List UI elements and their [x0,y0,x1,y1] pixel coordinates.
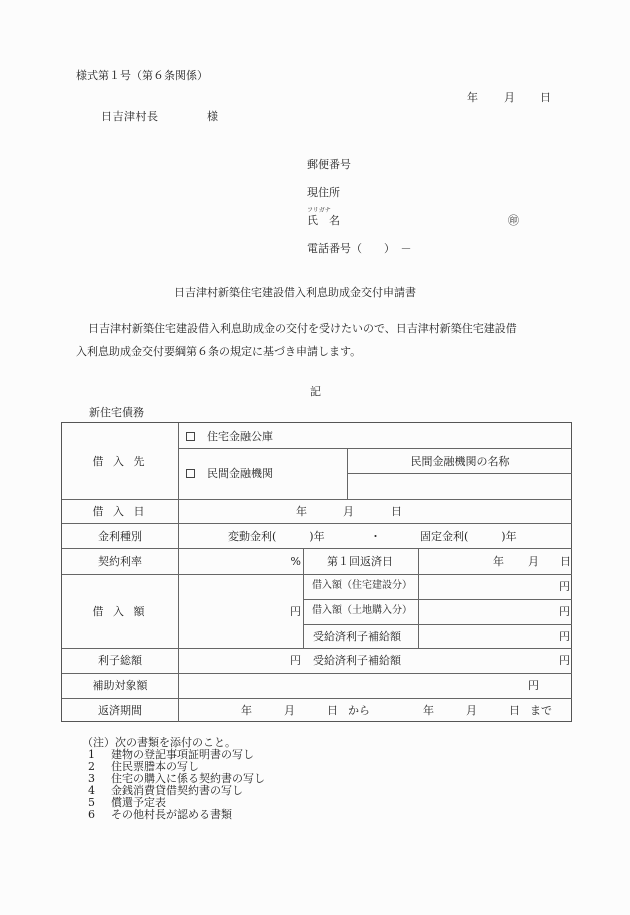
body-line-1: 日吉津村新築住宅建設借入利息助成金の交付を受けたいので、日吉津村新築住宅建設借 [88,323,517,334]
table-divider [303,599,572,600]
period-to-text: まで [530,705,552,716]
option-public-lender[interactable]: 住宅金融公庫 [186,431,273,442]
borrow-date-year: 年 [296,506,307,517]
borrow-date-month: 月 [343,506,354,517]
first-payment-day: 日 [560,556,571,567]
contract-rate-label: 契約利率 [98,556,142,567]
repay-period-label: 返済期間 [98,705,142,716]
note-item: 6その他村長が認める書類 [88,809,232,821]
loan-house-yen: 円 [559,581,570,592]
received-subsidy-yen-2: 円 [559,655,570,666]
rate-type-label: 金利種別 [98,531,142,542]
table-divider [62,574,572,575]
option-private-lender[interactable]: 民間金融機関 [186,468,273,479]
loan-amount-label: 借 入 額 [93,606,148,617]
note-item: 5償還予定表 [88,797,166,809]
address-label: 現住所 [307,187,340,198]
first-payment-year: 年 [493,556,504,567]
note-item: 3住宅の購入に係る契約書の写し [88,773,265,785]
private-lender-name-field[interactable] [350,476,570,496]
table-divider [62,673,572,674]
period-from-month: 月 [284,705,295,716]
first-payment-label: 第１回返済日 [327,556,393,567]
date-month-label: 月 [504,92,515,103]
borrow-date-day: 日 [391,506,402,517]
loan-land-label: 借入額（土地購入分） [312,606,412,616]
addressee: 日吉津村長 [101,111,159,122]
table-divider [303,548,304,648]
rate-separator: ・ [370,531,381,542]
honorific: 様 [207,111,218,122]
ki-heading: 記 [310,386,321,397]
option-private-lender-label: 民間金融機関 [207,467,273,480]
period-to-year: 年 [423,705,434,716]
section-label: 新住宅債務 [89,407,144,418]
date-day-label: 日 [540,92,551,103]
period-from-year: 年 [241,705,252,716]
first-payment-month: 月 [528,556,539,567]
note-item-number: 6 [88,808,95,821]
table-divider [62,499,572,500]
borrow-date-label: 借 入 日 [93,506,148,517]
seal-icon: ㊞ [508,215,519,226]
option-public-lender-label: 住宅金融公庫 [207,430,273,443]
table-divider [62,523,572,524]
checkbox-public-lender[interactable] [186,432,195,441]
table-divider [62,698,572,699]
period-to-day: 日 [509,705,520,716]
loan-house-label: 借入額（住宅建設分） [312,581,412,591]
subsidy-target-yen: 円 [528,680,539,691]
percent-unit: % [291,556,301,567]
form-number: 様式第１号（第６条関係） [76,70,208,81]
period-to-month: 月 [466,705,477,716]
received-subsidy-label: 受給済利子補給額 [313,631,401,642]
phone-label: 電話番号（ ） － [307,243,412,254]
received-subsidy-label-2: 受給済利子補給額 [313,655,401,666]
note-item: 1建物の登記事項証明書の写し [88,749,254,761]
table-divider [418,548,419,648]
name-label: 氏 名 [307,215,340,226]
document-title: 日吉津村新築住宅建設借入利息助成金交付申請書 [174,287,416,298]
loan-amount-yen: 円 [290,606,301,617]
table-divider [62,648,572,649]
table-divider [178,423,179,722]
table-divider [62,548,572,549]
total-interest-label: 利子総額 [98,655,142,666]
rate-fixed[interactable]: 固定金利( )年 [420,531,517,542]
note-item: 2住民票謄本の写し [88,761,199,773]
note-item-text: その他村長が認める書類 [111,808,232,821]
period-from-day: 日 [327,705,338,716]
body-line-2: 入利息助成金交付要綱第６条の規定に基づき申請します。 [76,346,361,357]
loan-land-yen: 円 [559,606,570,617]
table-divider [178,448,572,449]
rate-variable[interactable]: 変動金利( )年 [228,531,325,542]
received-subsidy-yen: 円 [559,631,570,642]
notes-heading: （注）次の書類を添付のこと。 [82,737,236,749]
period-from-text: から [348,705,370,716]
checkbox-private-lender[interactable] [186,469,195,478]
table-divider [303,624,572,625]
private-lender-name-label: 民間金融機関の名称 [411,456,510,467]
date-year-label: 年 [467,92,478,103]
table-divider [347,473,572,474]
postal-code-label: 郵便番号 [307,159,351,170]
loan-details-table: 借 入 先 住宅金融公庫 民間金融機関 民間金融機関の名称 借 入 日 年 月 … [61,422,572,722]
note-item: 4金銭消費貸借契約書の写し [88,785,243,797]
total-interest-yen: 円 [290,655,301,666]
lender-label: 借 入 先 [93,456,148,467]
subsidy-target-label: 補助対象額 [93,680,148,691]
